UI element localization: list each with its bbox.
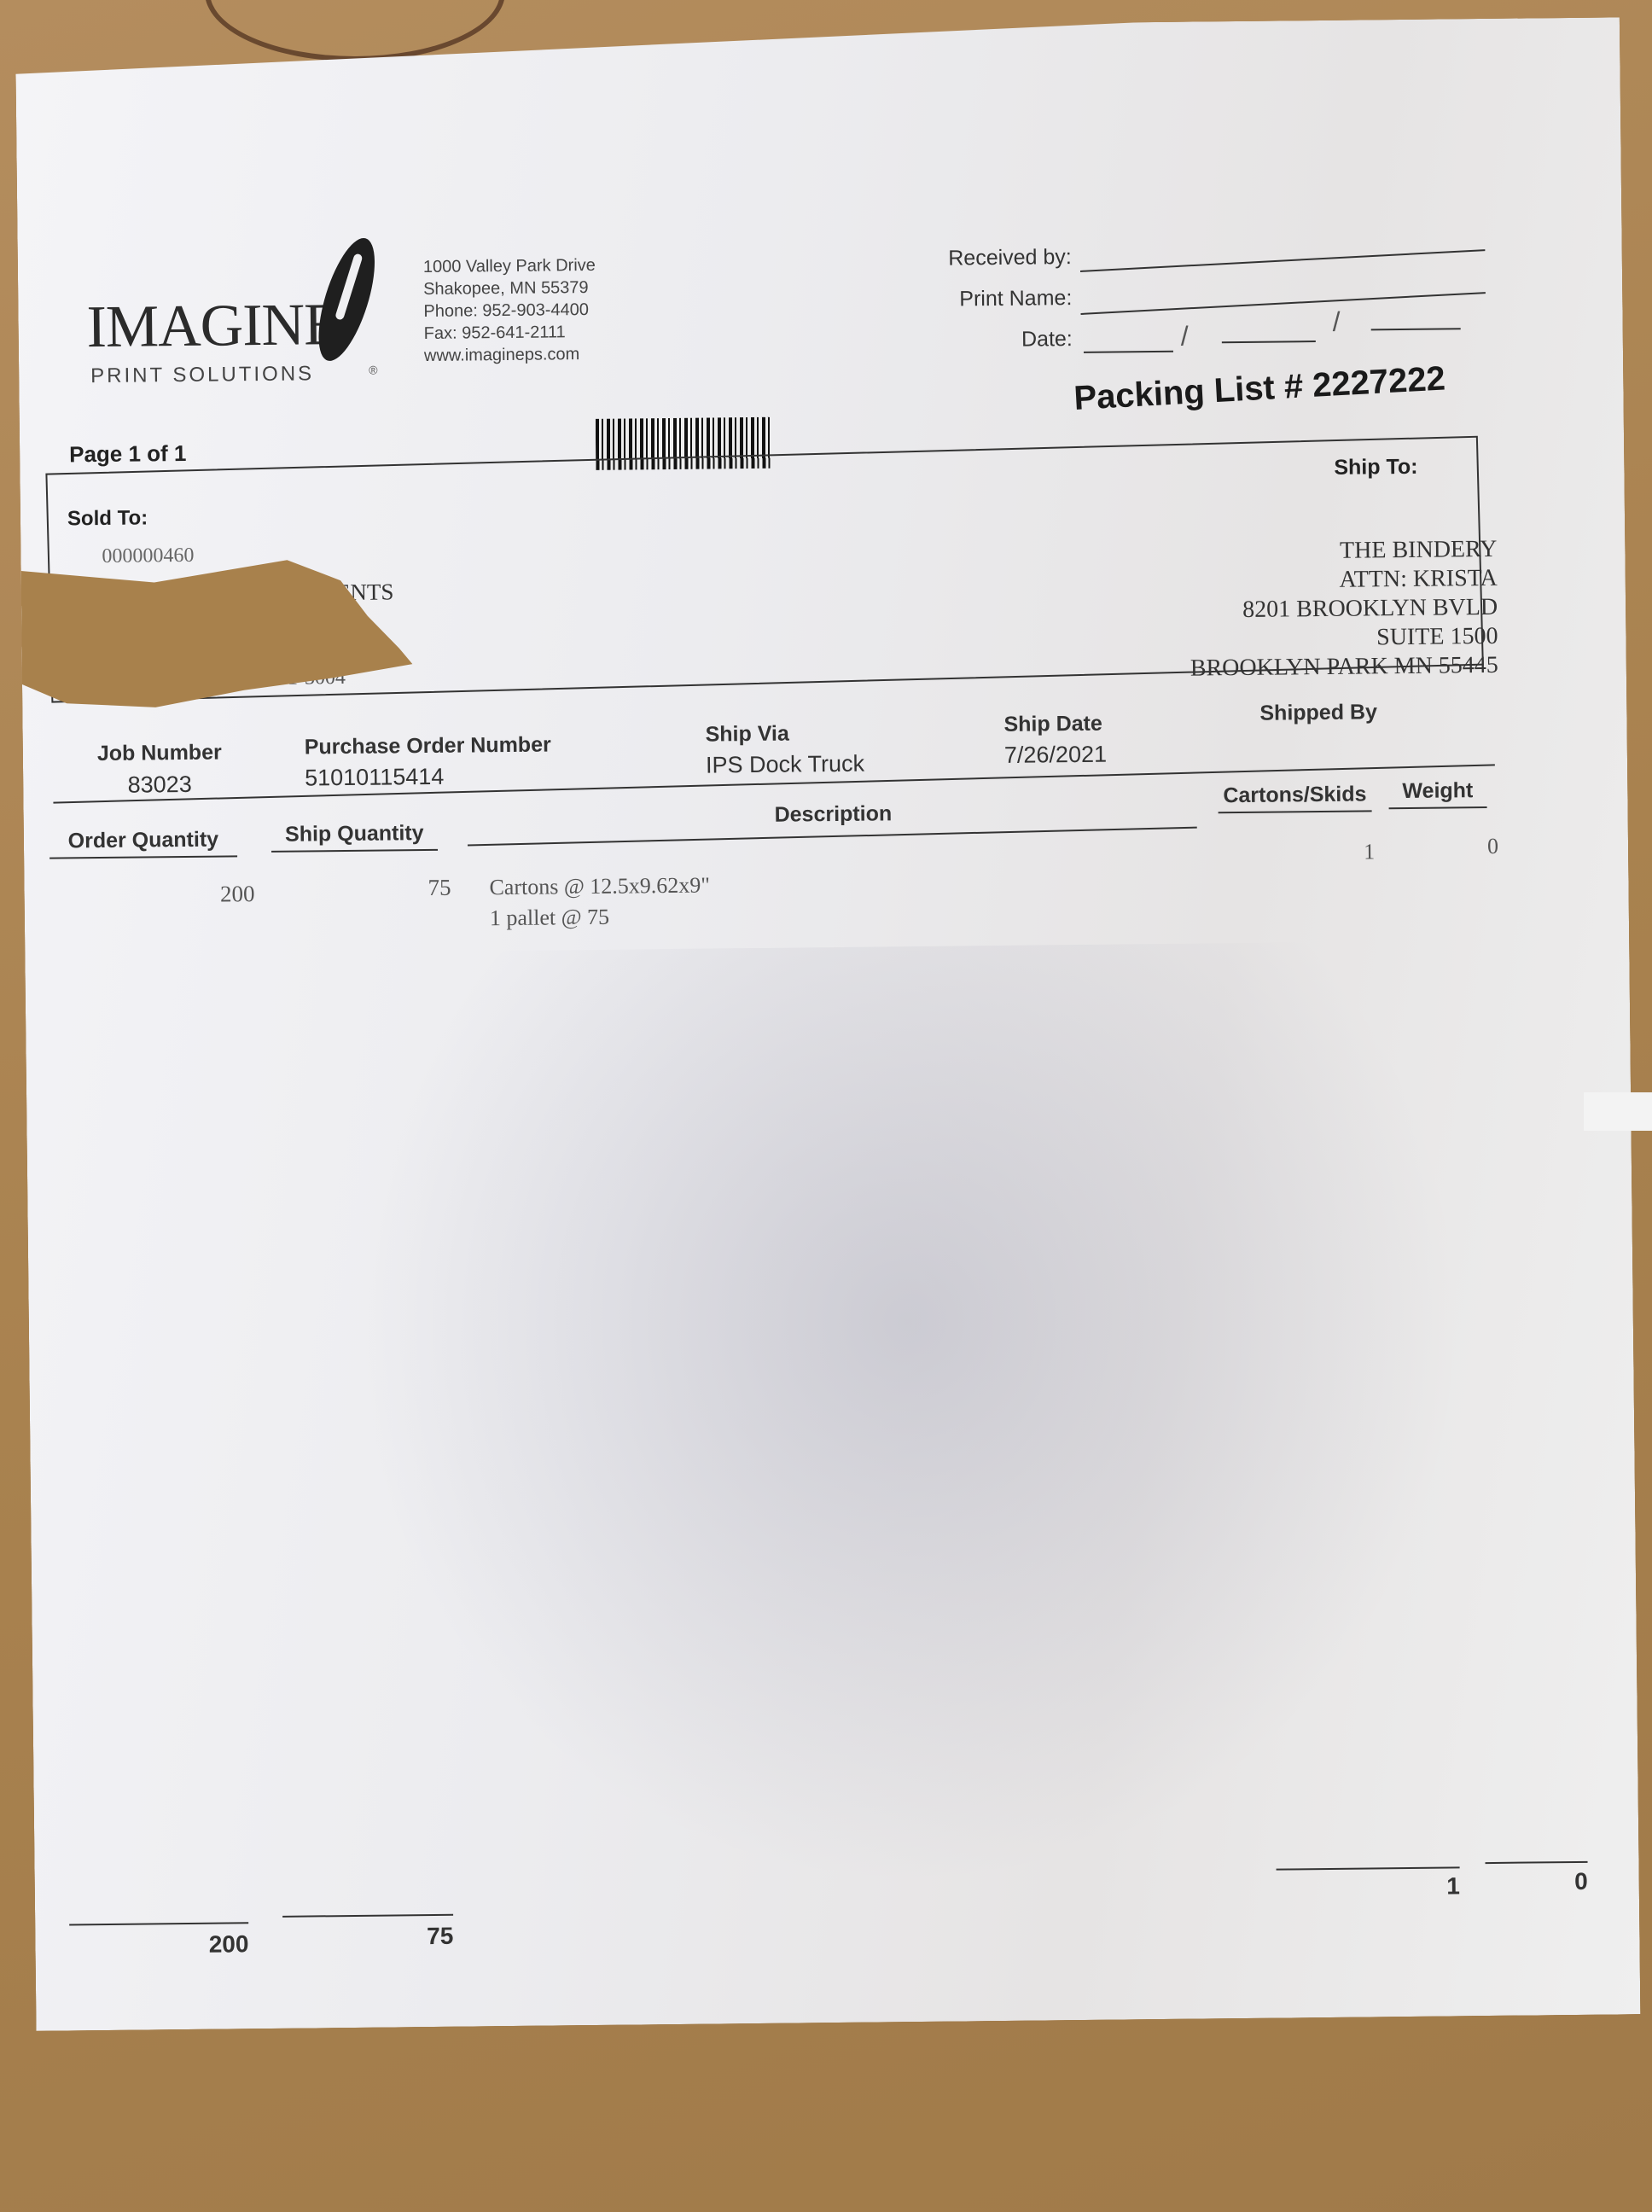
date-day-field[interactable] <box>1222 341 1316 343</box>
date-separator: / <box>1332 306 1340 338</box>
ship-via-label: Ship Via <box>705 722 788 748</box>
sold-to-account: 000000460 <box>102 544 194 568</box>
ship-to-address: THE BINDERY ATTN: KRISTA 8201 BROOKLYN B… <box>1189 535 1498 684</box>
cardboard-stamp <box>205 0 505 61</box>
date-label: Date: <box>902 327 1073 353</box>
fax: Fax: 952-641-2111 <box>424 321 596 345</box>
total-line <box>282 1914 453 1918</box>
total-cartons: 1 <box>1375 1872 1460 1901</box>
phone: Phone: 952-903-4400 <box>423 299 596 323</box>
col-ship-quantity: Ship Quantity <box>271 821 438 853</box>
date-month-field[interactable] <box>1084 351 1173 353</box>
po-number: 51010115414 <box>305 764 445 792</box>
total-ship-qty: 75 <box>368 1923 453 1951</box>
col-description: Description <box>774 801 892 827</box>
description-line: 1 pallet @ 75 <box>490 901 711 934</box>
company-logo-tagline: PRINT SOLUTIONS <box>90 362 314 388</box>
description-underline <box>468 827 1197 847</box>
packing-list-sheet: IMAGINE PRINT SOLUTIONS ® 1000 Valley Pa… <box>15 17 1640 2031</box>
ship-date-label: Ship Date <box>1003 712 1102 737</box>
registered-mark: ® <box>369 364 377 377</box>
company-logo-name: IMAGINE <box>86 291 340 362</box>
print-name-label: Print Name: <box>901 286 1072 312</box>
row-order-qty: 200 <box>169 881 254 908</box>
shipped-by-label: Shipped By <box>1259 700 1377 725</box>
ship-via: IPS Dock Truck <box>706 751 864 779</box>
col-order-quantity: Order Quantity <box>49 827 237 859</box>
shadow <box>349 940 1468 1891</box>
total-line <box>69 1922 248 1925</box>
description-line: Cartons @ 12.5x9.62x9" <box>489 870 710 904</box>
ship-date: 7/26/2021 <box>1004 742 1107 769</box>
received-by-field[interactable] <box>1080 249 1485 272</box>
row-ship-qty: 75 <box>365 875 451 902</box>
total-order-qty: 200 <box>163 1930 248 1959</box>
row-description: Cartons @ 12.5x9.62x9" 1 pallet @ 75 <box>489 870 710 934</box>
col-weight: Weight <box>1388 778 1486 809</box>
page-indicator: Page 1 of 1 <box>69 440 187 468</box>
row-weight: 0 <box>1487 834 1498 859</box>
ship-to-label: Ship To: <box>1334 455 1417 480</box>
job-number: 83023 <box>87 771 232 799</box>
ship-to-line: SUITE 1500 <box>1190 622 1498 655</box>
sold-to-label: Sold To: <box>67 506 148 531</box>
col-cartons-skids: Cartons/Skids <box>1218 782 1371 813</box>
ship-to-line: THE BINDERY <box>1189 535 1497 568</box>
print-name-field[interactable] <box>1080 292 1485 315</box>
paper-tab <box>1584 1092 1652 1131</box>
company-address: 1000 Valley Park Drive Shakopee, MN 5537… <box>423 254 596 367</box>
ship-to-line: ATTN: KRISTA <box>1190 564 1498 597</box>
total-line <box>1486 1861 1588 1864</box>
total-weight: 0 <box>1503 1868 1588 1896</box>
website: www.imagineps.com <box>424 343 596 367</box>
po-label: Purchase Order Number <box>305 732 551 760</box>
packing-list-title: Packing List # 2227222 <box>1073 359 1446 418</box>
address-line: Shakopee, MN 55379 <box>423 276 596 300</box>
address-line: 1000 Valley Park Drive <box>423 254 596 278</box>
date-year-field[interactable] <box>1371 328 1461 330</box>
row-cartons: 1 <box>1364 839 1375 864</box>
job-number-label: Job Number <box>87 740 232 766</box>
date-separator: / <box>1181 321 1189 352</box>
ship-to-line: 8201 BROOKLYN BVLD <box>1190 593 1498 626</box>
ship-to-line: BROOKLYN PARK MN 55445 <box>1190 651 1498 684</box>
received-by-label: Received by: <box>901 245 1072 271</box>
